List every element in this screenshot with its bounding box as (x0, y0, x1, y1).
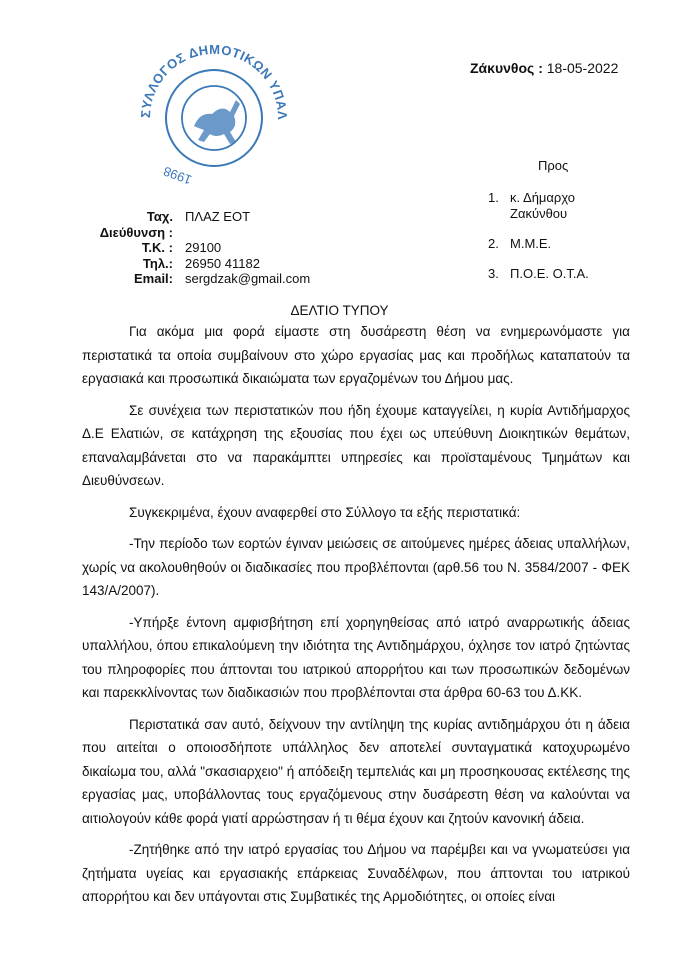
recipient-name: Π.Ο.Ε. Ο.Τ.Α. (510, 266, 589, 282)
body-paragraph: Για ακόμα μια φορά είμαστε στη δυσάρεστη… (82, 320, 630, 391)
contact-block: Ταχ. Διεύθυνση :ΠΛΑΖ ΕΟΤΤ.Κ. :29100Τηλ.:… (80, 209, 310, 287)
contact-value: sergdzak@gmail.com (185, 271, 310, 287)
contact-row: Email:sergdzak@gmail.com (80, 271, 310, 287)
contact-value: 26950 41182 (185, 256, 260, 272)
date-line: Ζάκυνθος : 18-05-2022 (470, 60, 618, 76)
body-paragraph: Σε συνέχεια των περιστατικών που ήδη έχο… (82, 399, 630, 493)
contact-row: Τ.Κ. :29100 (80, 240, 310, 256)
document-date: 18-05-2022 (547, 60, 619, 76)
contact-label: Τηλ.: (80, 256, 185, 272)
contact-label: Ταχ. Διεύθυνση : (80, 209, 185, 240)
recipient-number: 3. (488, 266, 510, 282)
recipient-item: 2.Μ.Μ.Ε. (488, 236, 589, 252)
contact-value: 29100 (185, 240, 221, 256)
contact-row: Τηλ.:26950 41182 (80, 256, 310, 272)
association-seal-icon: ΣΥΛΛΟΓΟΣ ΔΗΜΟΤΙΚΩΝ ΥΠΑΛΛΗΛΩΝ ΖΑΚΥΝΘΟΥ 19… (128, 30, 298, 195)
contact-label: Τ.Κ. : (80, 240, 185, 256)
association-seal-logo: ΣΥΛΛΟΓΟΣ ΔΗΜΟΤΙΚΩΝ ΥΠΑΛΛΗΛΩΝ ΖΑΚΥΝΘΟΥ 19… (128, 30, 298, 195)
recipient-item: 1.κ. ΔήμαρχοΖακύνθου (488, 190, 589, 222)
recipient-name: Μ.Μ.Ε. (510, 236, 551, 252)
body-paragraph: -Ζητήθηκε από την ιατρό εργασίας του Δήμ… (82, 838, 630, 909)
svg-text:1998: 1998 (161, 164, 193, 188)
recipient-number: 2. (488, 236, 510, 252)
recipients-list: 1.κ. ΔήμαρχοΖακύνθου2.Μ.Μ.Ε.3.Π.Ο.Ε. Ο.Τ… (488, 190, 589, 296)
document-body: Για ακόμα μια φορά είμαστε στη δυσάρεστη… (82, 320, 630, 917)
contact-row: Ταχ. Διεύθυνση :ΠΛΑΖ ΕΟΤ (80, 209, 310, 240)
body-paragraph: -Υπήρξε έντονη αμφισβήτηση επί χορηγηθεί… (82, 611, 630, 705)
recipient-number: 1. (488, 190, 510, 222)
contact-label: Email: (80, 271, 185, 287)
to-label: Προς (538, 158, 568, 173)
body-paragraph: -Την περίοδο των εορτών έγιναν μειώσεις … (82, 532, 630, 603)
recipient-item: 3.Π.Ο.Ε. Ο.Τ.Α. (488, 266, 589, 282)
contact-value: ΠΛΑΖ ΕΟΤ (185, 209, 250, 240)
place-label: Ζάκυνθος : (470, 60, 543, 76)
svg-text:ΣΥΛΛΟΓΟΣ ΔΗΜΟΤΙΚΩΝ ΥΠΑΛΛΗΛΩΝ Ζ: ΣΥΛΛΟΓΟΣ ΔΗΜΟΤΙΚΩΝ ΥΠΑΛΛΗΛΩΝ ΖΑΚΥΝΘΟΥ (128, 30, 290, 120)
document-title: ΔΕΛΤΙΟ ΤΥΠΟΥ (0, 303, 679, 318)
body-paragraph: Συγκεκριμένα, έχουν αναφερθεί στο Σύλλογ… (82, 501, 630, 525)
recipient-name: κ. ΔήμαρχοΖακύνθου (510, 190, 575, 222)
body-paragraph: Περιστατικά σαν αυτό, δείχνουν την αντίλ… (82, 713, 630, 831)
